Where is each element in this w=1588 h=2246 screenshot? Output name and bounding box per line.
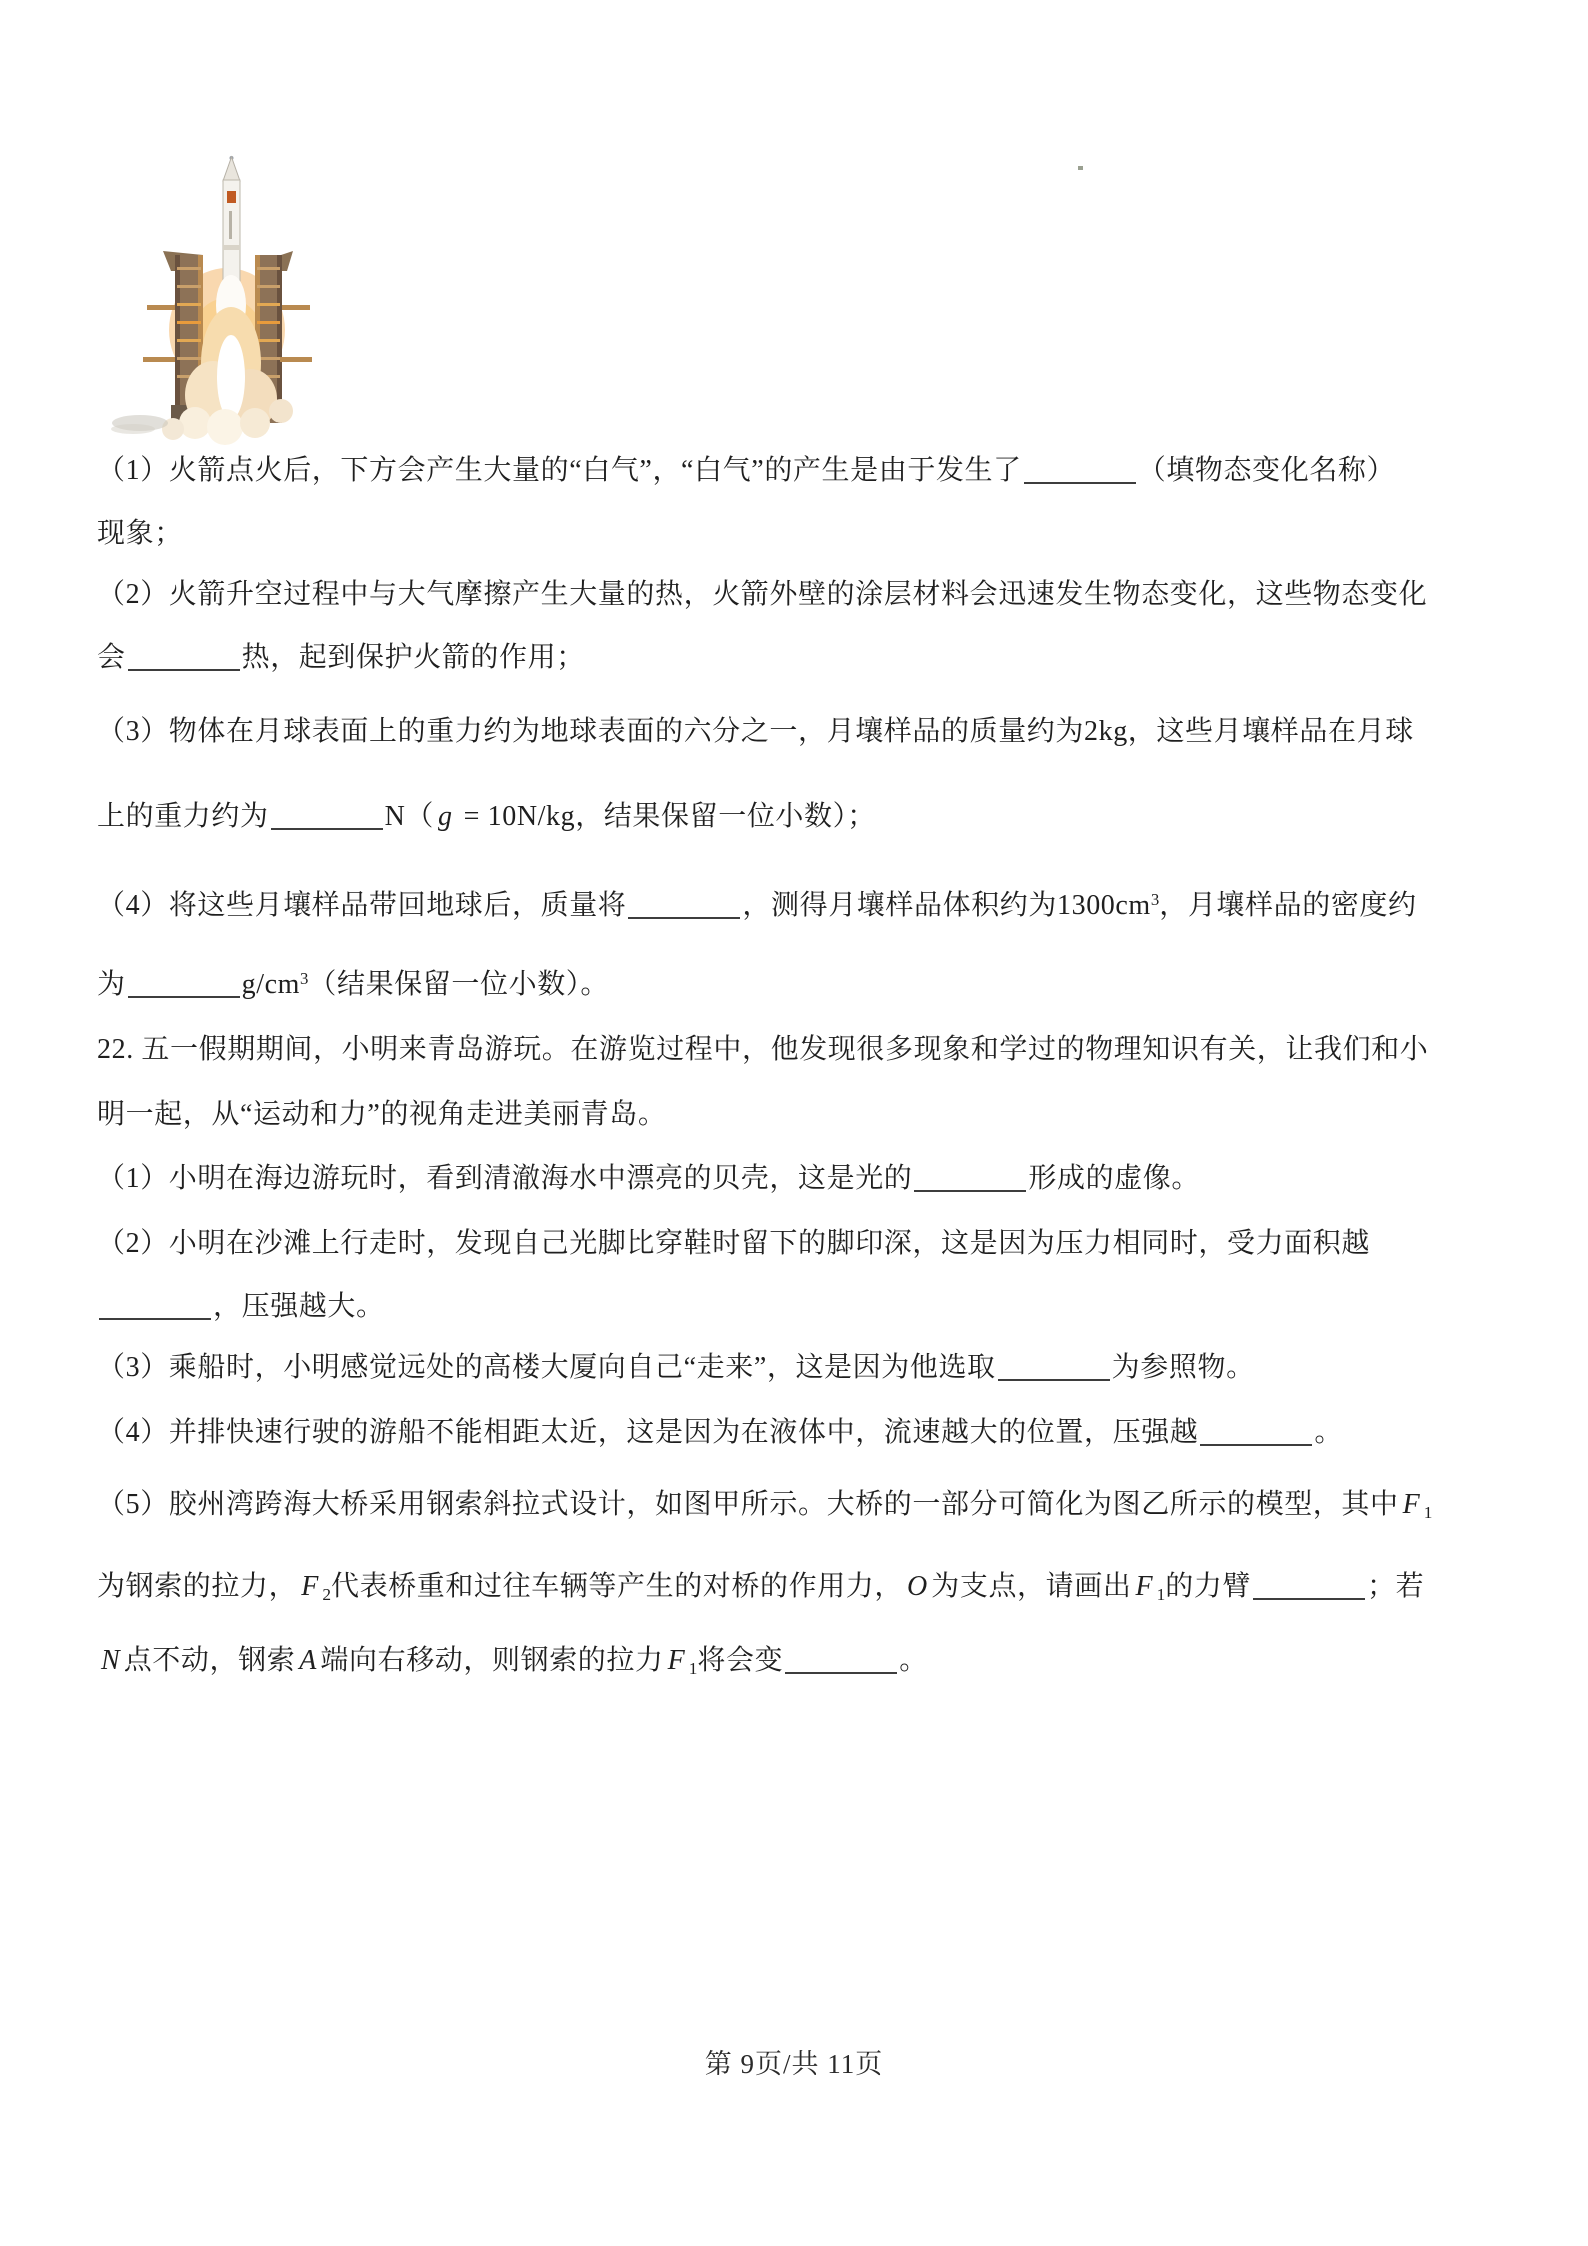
text-run: （5）胶州湾跨海大桥采用钢索斜拉式设计，如图甲所示。大桥的一部分可简化为图乙所示… [97, 1489, 1399, 1520]
text-run: 为 [97, 969, 126, 1000]
text-run: 。 [1314, 1417, 1343, 1448]
q21-part3-line2: 上的重力约为N（g = 10N/kg，结果保留一位小数）； [97, 773, 1537, 860]
math-variable: O [903, 1571, 931, 1602]
text-run: 为钢索的拉力， [97, 1571, 297, 1602]
text-run: 代表桥重和过往车辆等产生的对桥的作用力， [331, 1571, 903, 1602]
text-run: 22. 五一假期期间，小明来青岛游玩。在游览过程中，他发现很多现象和学过的物理知… [97, 1034, 1428, 1065]
text-run: 。 [899, 1645, 928, 1676]
blank-underline [914, 1190, 1026, 1192]
blank-underline [785, 1672, 897, 1674]
q21-part2-line1: （2）火箭升空过程中与大气摩擦产生大量的热，火箭外壁的涂层材料会迅速发生物态变化… [97, 565, 1537, 625]
math-variable: F [1131, 1571, 1156, 1602]
text-run: （填物态变化名称） [1138, 455, 1395, 486]
exam-page: { "document": { "figure": { "name": "roc… [0, 0, 1588, 2246]
blank-underline [628, 917, 740, 919]
q21-part4-line1: （4）将这些月壤样品带回地球后，质量将，测得月壤样品体积约为1300cm3，月壤… [97, 860, 1537, 940]
text-run: g/cm [242, 969, 300, 1000]
q21-part4-line2: 为g/cm3（结果保留一位小数）。 [97, 940, 1537, 1018]
q21-part1-line1: （1）火箭点火后，下方会产生大量的“白气”，“白气”的产生是由于发生了（填物态变… [97, 438, 1537, 503]
blank-underline [99, 1318, 211, 1320]
question-text-block: （1）火箭点火后，下方会产生大量的“白气”，“白气”的产生是由于发生了（填物态变… [97, 438, 1537, 1692]
text-run: 明一起，从“运动和力”的视角走进美丽青岛。 [97, 1099, 666, 1130]
q22-part5-line1: （5）胶州湾跨海大桥采用钢索斜拉式设计，如图甲所示。大桥的一部分可简化为图乙所示… [97, 1467, 1537, 1543]
math-variable: N [97, 1645, 124, 1676]
text-run: ，压强越大。 [213, 1291, 385, 1322]
q22-part2-line1: （2）小明在沙滩上行走时，发现自己光脚比穿鞋时留下的脚印深，这是因为压力相同时，… [97, 1211, 1537, 1276]
q22-part4-line: （4）并排快速行驶的游船不能相距太近，这是因为在液体中，流速越大的位置，压强越。 [97, 1399, 1537, 1467]
blank-underline [1253, 1598, 1365, 1600]
subscript: 2 [322, 1585, 331, 1604]
q21-part3-line1: （3）物体在月球表面上的重力约为地球表面的六分之一，月壤样品的质量约为2kg，这… [97, 690, 1537, 773]
text-run: ；若 [1367, 1571, 1424, 1602]
blank-underline [1024, 482, 1136, 484]
rocket-launch-photo [95, 105, 345, 445]
text-run: 为参照物。 [1112, 1352, 1255, 1383]
subscript: 1 [1424, 1503, 1433, 1522]
text-run: （2）小明在沙滩上行走时，发现自己光脚比穿鞋时留下的脚印深，这是因为压力相同时，… [97, 1228, 1370, 1259]
subscript: 1 [1157, 1585, 1166, 1604]
q21-part2-line2: 会热，起到保护火箭的作用； [97, 625, 1537, 690]
text-run: 将会变 [697, 1645, 783, 1676]
blank-underline [271, 828, 383, 830]
text-run: 的力臂 [1165, 1571, 1251, 1602]
scan-artifact-dot [1078, 166, 1083, 170]
text-run: （1）火箭点火后，下方会产生大量的“白气”，“白气”的产生是由于发生了 [97, 455, 1022, 486]
text-run: 点不动，钢索 [124, 1645, 296, 1676]
text-run: ，测得月壤样品体积约为1300cm [742, 890, 1150, 921]
math-variable: F [1399, 1489, 1424, 1520]
math-variable: F [664, 1645, 689, 1676]
blank-underline [128, 669, 240, 671]
text-run: （3）物体在月球表面上的重力约为地球表面的六分之一，月壤样品的质量约为2kg，这… [97, 716, 1414, 747]
text-run: N（ [385, 801, 434, 832]
text-run: = 10N/kg，结果保留一位小数）； [456, 801, 876, 832]
q22-intro-line2: 明一起，从“运动和力”的视角走进美丽青岛。 [97, 1082, 1537, 1147]
page-number-footer: 第 9页/共 11页 [0, 2042, 1588, 2081]
q22-part1-line: （1）小明在海边游玩时，看到清澈海水中漂亮的贝壳，这是光的形成的虚像。 [97, 1147, 1537, 1211]
q22-part2-line2: ，压强越大。 [97, 1276, 1537, 1337]
text-run: 热，起到保护火箭的作用； [242, 642, 585, 673]
math-variable: g [434, 801, 456, 832]
rocket-launch-illustration [95, 105, 345, 445]
text-run: 端向右移动，则钢索的拉力 [320, 1645, 663, 1676]
text-run: （3）乘船时，小明感觉远处的高楼大厦向自己“走来”，这是因为他选取 [97, 1352, 996, 1383]
q22-intro-line1: 22. 五一假期期间，小明来青岛游玩。在游览过程中，他发现很多现象和学过的物理知… [97, 1018, 1537, 1082]
text-run: 为支点，请画出 [931, 1571, 1131, 1602]
blank-underline [128, 996, 240, 998]
blank-underline [1200, 1444, 1312, 1446]
math-variable: F [297, 1571, 322, 1602]
q21-part1-line2: 现象； [97, 503, 1537, 565]
text-run: （4）将这些月壤样品带回地球后，质量将 [97, 890, 626, 921]
text-run: （1）小明在海边游玩时，看到清澈海水中漂亮的贝壳，这是光的 [97, 1163, 912, 1194]
q22-part3-line: （3）乘船时，小明感觉远处的高楼大厦向自己“走来”，这是因为他选取为参照物。 [97, 1337, 1537, 1399]
text-run: 上的重力约为 [97, 801, 269, 832]
text-run: 形成的虚像。 [1028, 1163, 1200, 1194]
q22-part5-line2: 为钢索的拉力，F2代表桥重和过往车辆等产生的对桥的作用力，O为支点，请画出F1的… [97, 1543, 1537, 1630]
math-variable: A [295, 1645, 320, 1676]
text-run: ，月壤样品的密度约 [1159, 890, 1416, 921]
text-run: 会 [97, 642, 126, 673]
superscript: 3 [1151, 890, 1159, 909]
text-run: （2）火箭升空过程中与大气摩擦产生大量的热，火箭外壁的涂层材料会迅速发生物态变化… [97, 579, 1427, 610]
text-run: （4）并排快速行驶的游船不能相距太近，这是因为在液体中，流速越大的位置，压强越 [97, 1417, 1198, 1448]
text-run: 现象； [97, 518, 183, 549]
blank-underline [998, 1379, 1110, 1381]
q22-part5-line3: N点不动，钢索A端向右移动，则钢索的拉力F1将会变。 [97, 1630, 1537, 1692]
text-run: （结果保留一位小数）。 [308, 969, 609, 1000]
